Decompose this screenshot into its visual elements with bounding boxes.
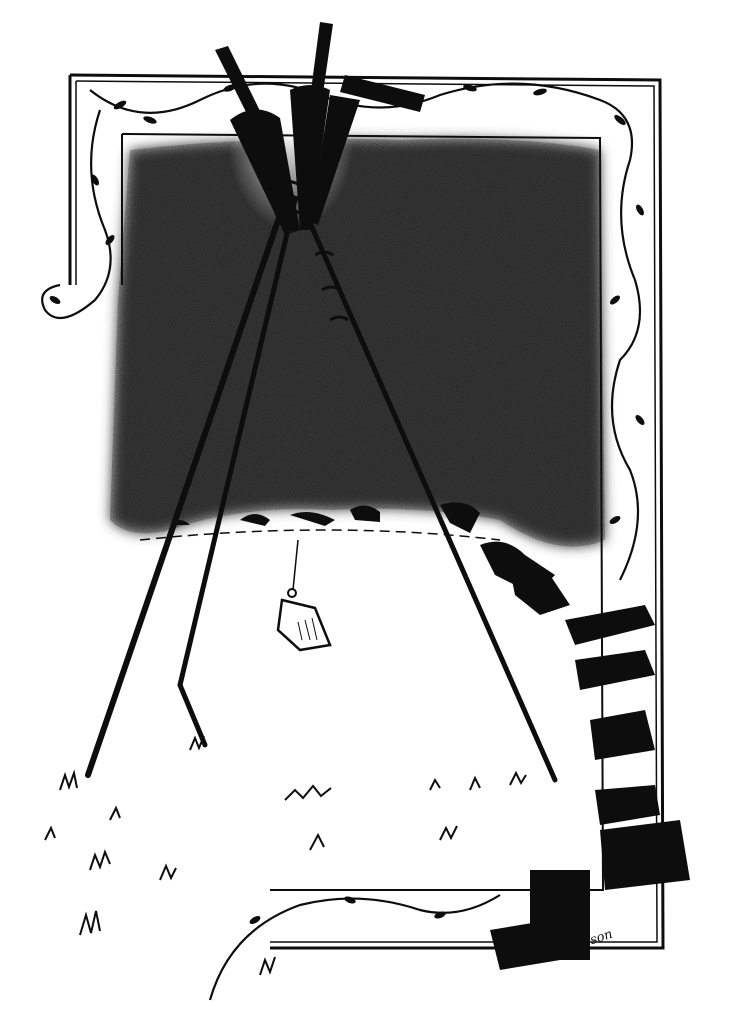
illustration (0, 0, 732, 1023)
